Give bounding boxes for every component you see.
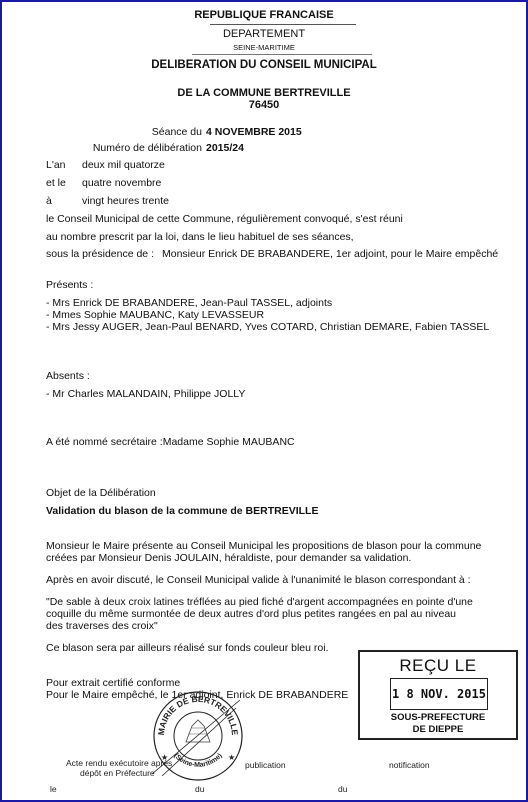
year-value: deux mil quatorze [82, 159, 165, 171]
convocation-line: le Conseil Municipal de cette Commune, r… [46, 213, 403, 225]
numero-value: 2015/24 [206, 142, 244, 154]
hour-label: à [46, 195, 52, 207]
commune-name: DE LA COMMUNE BERTREVILLE [2, 87, 526, 99]
body-paragraph: Ce blason sera par ailleurs réalisé sur … [46, 642, 328, 654]
header-divider [192, 54, 372, 55]
footer-notification: notification [389, 760, 430, 770]
presents-item: - Mrs Jessy AUGER, Jean-Paul BENARD, Yve… [46, 321, 489, 333]
presents-label: Présents : [46, 279, 93, 291]
reception-stamp: REÇU LE 1 8 NOV. 2015 SOUS-PREFECTURE DE… [358, 650, 518, 740]
header-divider [210, 24, 356, 25]
stamp-office-city: DE DIEPPE [360, 724, 516, 735]
object-label: Objet de la Délibération [46, 487, 156, 499]
numero-label: Numéro de délibération [62, 142, 202, 154]
absents-label: Absents : [46, 370, 90, 382]
svg-text:MAIRIE DE BERTREVILLE: MAIRIE DE BERTREVILLE [156, 694, 240, 736]
footer-date-label: du [195, 784, 204, 794]
year-label: L'an [46, 159, 66, 171]
stamp-title: REÇU LE [360, 656, 516, 676]
postal-code: 76450 [2, 99, 526, 111]
absents-item: - Mr Charles MALANDAIN, Philippe JOLLY [46, 388, 245, 400]
stamp-date: 1 8 NOV. 2015 [390, 678, 488, 710]
convocation-line: au nombre prescrit par la loi, dans le l… [46, 231, 354, 243]
object-title: Validation du blason de la commune de BE… [46, 505, 318, 517]
secretary-line: A été nommé secrétaire :Madame Sophie MA… [46, 436, 295, 448]
presidence-label: sous la présidence de : [46, 248, 154, 260]
body-paragraph: créées par Monsieur Denis JOULAIN, héral… [46, 552, 411, 564]
republic-heading: REPUBLIQUE FRANCAISE [2, 9, 526, 21]
footer-date-label: le [50, 784, 57, 794]
signature-line: Pour extrait certifié conforme [46, 677, 180, 689]
footer-depot: dépôt en Préfecture [80, 768, 155, 778]
footer-date-label: du [338, 784, 347, 794]
seance-date: 4 NOVEMBRE 2015 [206, 126, 302, 138]
blazon-quote: coquille du même surmontée de deux autre… [46, 608, 456, 620]
footer-publication: publication [245, 760, 286, 770]
seance-label: Séance du [102, 126, 202, 138]
document-title: DELIBERATION DU CONSEIL MUNICIPAL [2, 59, 526, 71]
body-paragraph: Monsieur le Maire présente au Conseil Mu… [46, 540, 481, 552]
department-label: DEPARTEMENT [2, 28, 526, 40]
svg-text:(Seine-Maritime): (Seine-Maritime) [172, 752, 223, 769]
svg-text:★: ★ [228, 753, 235, 762]
presents-item: - Mrs Enrick DE BRABANDERE, Jean-Paul TA… [46, 297, 332, 309]
stamp-office: SOUS-PREFECTURE [360, 712, 516, 723]
mairie-seal-icon: MAIRIE DE BERTREVILLE (Seine-Maritime) ★… [152, 690, 244, 782]
body-paragraph: Après en avoir discuté, le Conseil Munic… [46, 574, 471, 586]
blazon-quote: des traverses des croix" [46, 620, 158, 632]
day-value: quatre novembre [82, 177, 161, 189]
blazon-quote: "De sable à deux croix latines tréflées … [46, 596, 473, 608]
day-label: et le [46, 177, 66, 189]
presents-item: - Mmes Sophie MAUBANC, Katy LEVASSEUR [46, 309, 264, 321]
department-name: SEINE-MARITIME [2, 43, 526, 52]
footer-executoire: Acte rendu exécutoire après [66, 758, 172, 768]
document-page: REPUBLIQUE FRANCAISE DEPARTEMENT SEINE-M… [0, 0, 528, 802]
hour-value: vingt heures trente [82, 195, 169, 207]
presidence-value: Monsieur Enrick DE BRABANDERE, 1er adjoi… [162, 248, 498, 260]
